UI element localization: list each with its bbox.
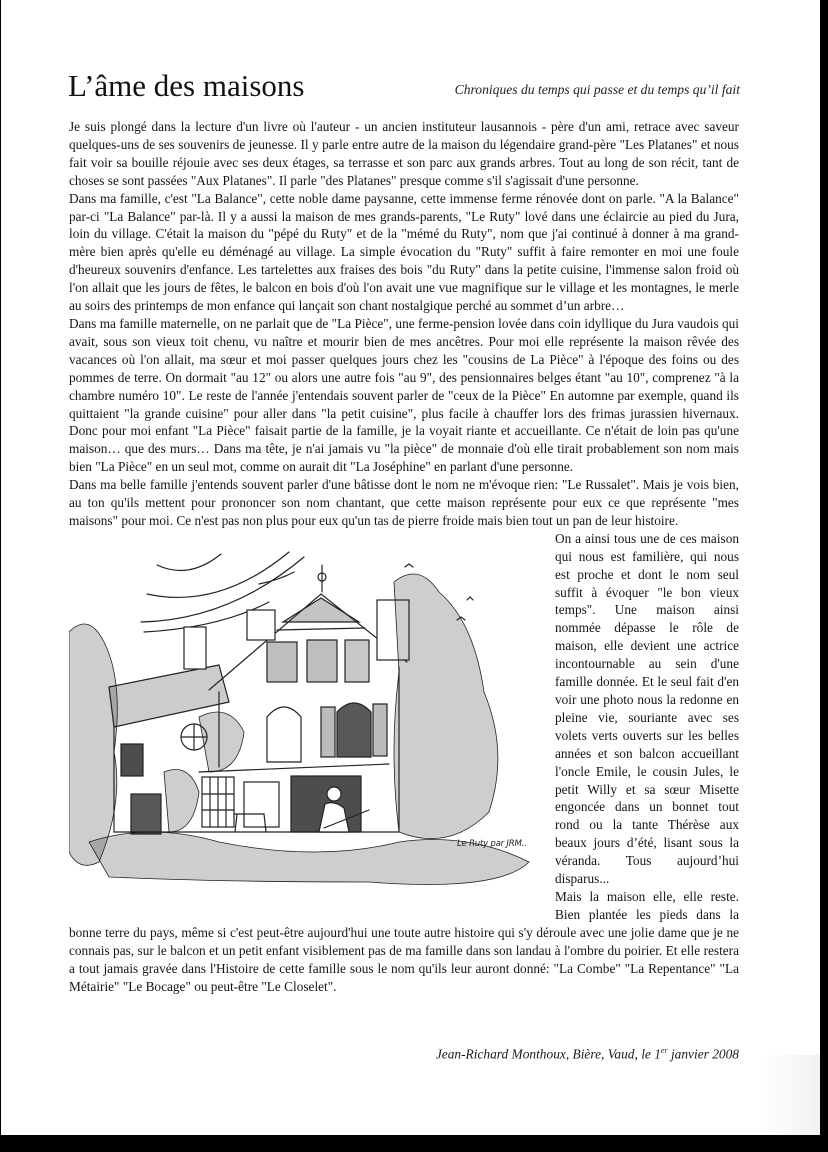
- scan-shadow: [760, 1055, 820, 1135]
- column-subtitle: Chroniques du temps qui passe et du temp…: [455, 82, 740, 98]
- paragraph-la-piece: Dans ma famille maternelle, on ne parlai…: [69, 315, 739, 476]
- paragraph-russalet: Dans ma belle famille j'entends souvent …: [69, 476, 739, 530]
- paragraph-balance-ruty: Dans ma famille, c'est "La Balance", cet…: [69, 190, 739, 315]
- document-page: L’âme des maisons Chroniques du temps qu…: [1, 0, 820, 1135]
- article-body: Je suis plongé dans la lecture d'un livr…: [69, 118, 739, 995]
- paragraph-platanes: Je suis plongé dans la lecture d'un livr…: [69, 118, 739, 190]
- article-title: L’âme des maisons: [68, 68, 304, 104]
- signature-text: Jean-Richard Monthoux, Bière, Vaud, le 1: [436, 1046, 661, 1061]
- signature-ordinal: er: [661, 1046, 668, 1055]
- house-illustration: Le Ruty par JRM..: [69, 532, 547, 908]
- author-signature: Jean-Richard Monthoux, Bière, Vaud, le 1…: [399, 1046, 739, 1062]
- signature-date: janvier 2008: [668, 1046, 739, 1061]
- article-header: L’âme des maisons Chroniques du temps qu…: [68, 68, 740, 108]
- illustration-signature: Le Ruty par JRM..: [457, 836, 527, 854]
